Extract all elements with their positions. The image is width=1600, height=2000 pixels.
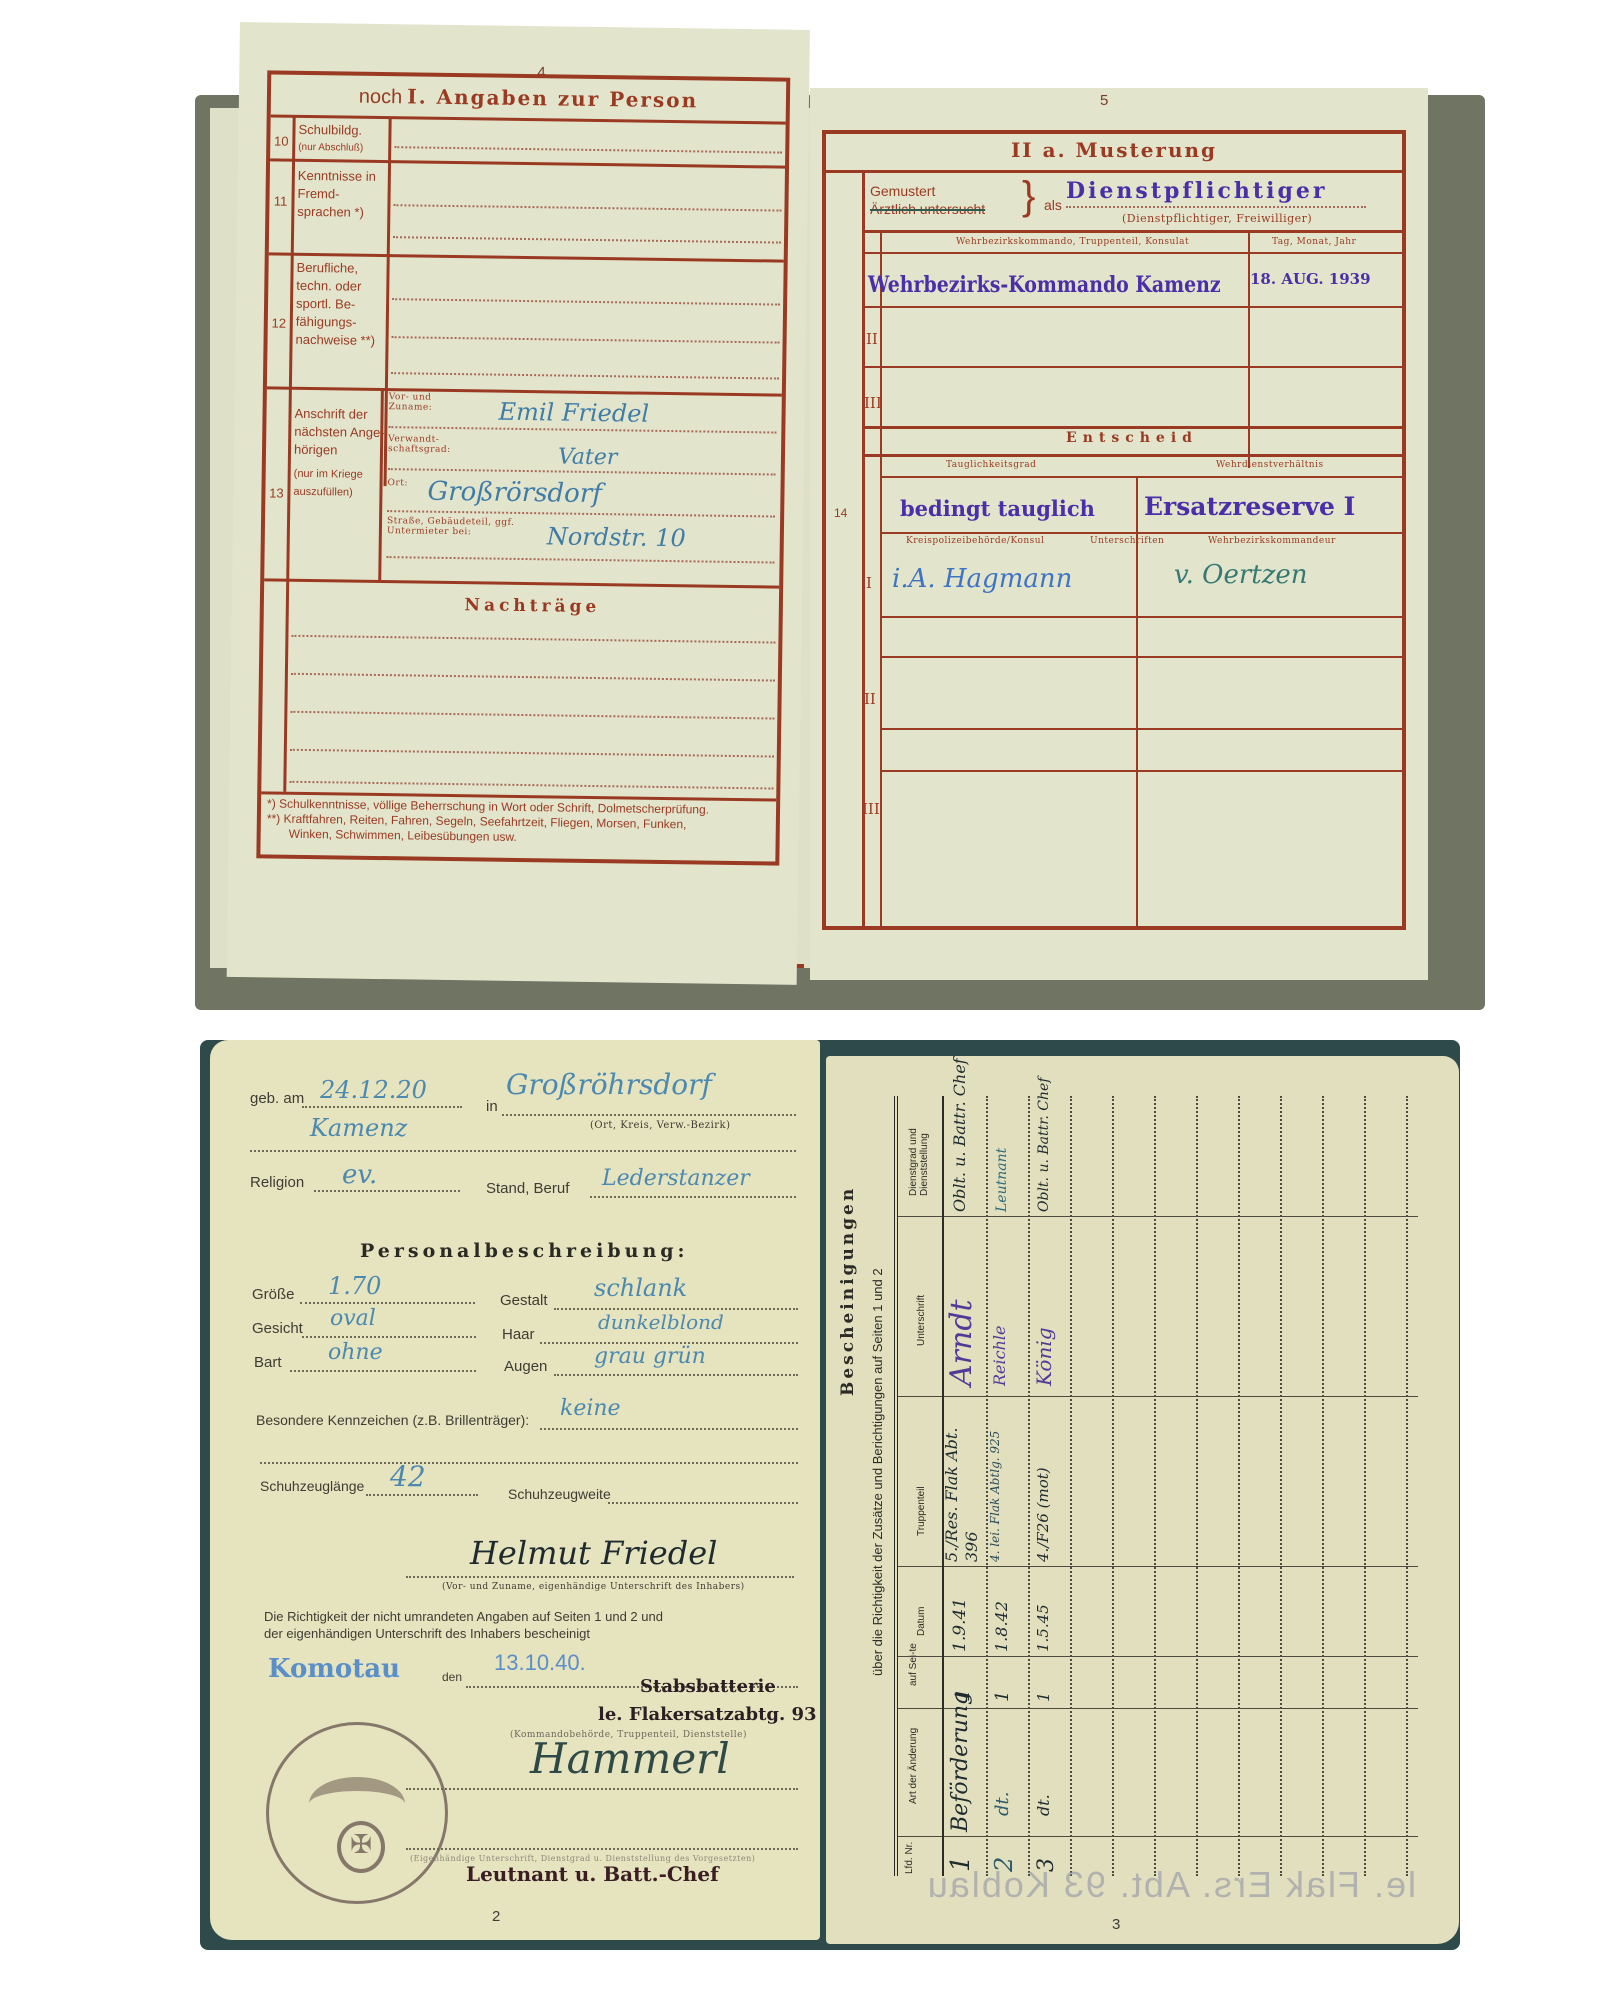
certification-line-2: der eigenhändigen Unterschrift des Inhab… (264, 1625, 804, 1642)
official-seal: ✠ (266, 1722, 448, 1904)
row-1-datum: 1.9.41 (950, 1598, 970, 1652)
roman-numeral: III (864, 394, 882, 412)
row-number: 12 (268, 314, 290, 332)
page-number: 5 (1100, 92, 1108, 109)
besondere-value-text: keine (560, 1396, 621, 1421)
entry-line (291, 673, 775, 682)
certification-text: Die Richtigkeit der nicht umrandeten Ang… (264, 1608, 804, 1642)
row-label: Schulbildg. (nur Abschluß) (298, 121, 388, 158)
row-line (1406, 1096, 1408, 1876)
field-label: Straße, Gebäudeteil, ggf. Untermieter be… (387, 516, 537, 538)
officer-signature: Hammerl (530, 1734, 730, 1783)
certification-line-1: Die Richtigkeit der nicht umrandeten Ang… (264, 1608, 804, 1625)
entry-line (290, 711, 774, 720)
entry-line (502, 1114, 796, 1116)
schuh-laenge-label: Schuhzeuglänge (260, 1478, 364, 1494)
column-header-date: Tag, Monat, Jahr (1272, 237, 1356, 247)
divider (880, 616, 1402, 618)
divider (880, 532, 1402, 534)
page-4: 4 noch I. Angaben zur Person 10 Schulbil… (227, 22, 810, 985)
page-5-frame: II a. Musterung Gemustert Ärztlich unter… (822, 130, 1406, 930)
kin-street-value: Nordstr. 10 (547, 522, 686, 552)
column-header-office: Wehrbezirkskommando, Truppenteil, Konsul… (956, 237, 1189, 247)
entry-line (394, 146, 782, 153)
row-line (1238, 1096, 1240, 1876)
divider (880, 476, 1402, 478)
kin-relation-value: Vater (558, 444, 618, 470)
row-label: Kenntnisse in Fremd-sprachen *) (297, 167, 388, 222)
entry-line (540, 1428, 798, 1430)
row-1-dienstgrad: Oblt. u. Battr. Chef (950, 1058, 969, 1212)
page-3: Bescheinigungen über die Richtigkeit der… (826, 1056, 1459, 1944)
field-label: Verwandt-schaftsgrad: (388, 434, 458, 455)
office-stamp: Wehrbezirks-Kommando Kamenz (868, 272, 1221, 298)
wreath-emblem-icon: ✠ (337, 1821, 385, 1873)
entscheid-title: Entscheid (862, 430, 1402, 446)
column-header: Unterschrift (916, 1295, 927, 1346)
gesicht-label: Gesicht (252, 1320, 303, 1337)
column-header-wehrdienst: Wehrdienstverhältnis (1216, 460, 1324, 470)
row-line (1364, 1096, 1366, 1876)
row-label: Berufliche, techn. oder sportl. Be-fähig… (295, 259, 384, 350)
gestalt-value: schlank (594, 1274, 687, 1302)
entry-line (250, 1150, 796, 1152)
haar-value: dunkelblond (598, 1310, 724, 1334)
row-number: 13 (265, 484, 287, 502)
section-title: II a. Musterung (826, 138, 1402, 162)
entry-line (393, 204, 781, 211)
next-of-kin-fields: Vor- und Zuname: Emil Friedel Verwandt-s… (386, 392, 779, 583)
row-line (1028, 1096, 1030, 1876)
column-header-tauglichkeit: Tauglichkeitsgrad (946, 460, 1036, 470)
divider (880, 728, 1402, 730)
divider (898, 1216, 1418, 1217)
nachtraege-title: Nachträge (286, 593, 779, 620)
faded-unit-stamp: le. Flak Ers. Abt. 93 Koblau (856, 1864, 1416, 1906)
entry-line (314, 1190, 460, 1192)
row-number: 14 (834, 504, 847, 522)
gesicht-value: oval (330, 1306, 376, 1331)
entry-line (291, 635, 775, 644)
roman-numeral: III (862, 800, 880, 818)
signature-kreispolizei: i.A. Hagmann (892, 564, 1072, 594)
row-3-art: dt. (1034, 1794, 1053, 1816)
entry-line (366, 1494, 478, 1496)
entry-line (554, 1374, 798, 1376)
certifications-table: Lfd. Nr. Art der Änderung auf Sei-te Dat… (898, 1096, 1418, 1876)
title-prefix: noch (359, 86, 403, 109)
divider (898, 1566, 1418, 1567)
schuh-weite-label: Schuhzeugweite (508, 1486, 611, 1502)
groesse-label: Größe (252, 1286, 295, 1303)
row-2-unterschrift: Reichle (990, 1326, 1009, 1386)
entry-line (300, 1302, 475, 1304)
roman-numeral: II (866, 330, 878, 348)
signature-kommandeur: v. Oertzen (1174, 560, 1308, 590)
entry-line (392, 336, 780, 343)
certification-date: 13.10.40. (494, 1650, 586, 1676)
date-stamp: 18. AUG. 1939 (1250, 270, 1371, 288)
row-3-seite: 1 (1034, 1692, 1053, 1702)
row-line (1322, 1096, 1324, 1876)
owner-signature: Helmut Friedel (470, 1534, 717, 1572)
entry-line (608, 1502, 798, 1504)
birth-place-value: Großröhrsdorf (506, 1068, 712, 1101)
row-label-text: Schulbildg. (298, 121, 388, 140)
entry-line (393, 236, 781, 243)
unit-stamp-line-2: le. Flakersatzabtg. 93 (598, 1704, 817, 1725)
divider (862, 454, 1402, 457)
personalbeschreibung-title: Personalbeschreibung: (360, 1240, 689, 1262)
besondere-label: Besondere Kennzeichen (z.B. Brillenträge… (256, 1412, 529, 1428)
kin-town-value: Großrörsdorf (427, 477, 602, 509)
row-2-dienstgrad: Leutnant (994, 1148, 1010, 1212)
row-1-art: Beförderung (948, 1691, 973, 1832)
divider (898, 1836, 1418, 1837)
column-header: Truppenteil (916, 1486, 927, 1536)
row-2-art: dt. (992, 1792, 1013, 1816)
row-2-seite: 1 (992, 1691, 1013, 1702)
column-header: Art der Änderung (908, 1728, 919, 1804)
row-1-truppenteil: 5./Res. Flak Abt. 396 (942, 1392, 982, 1562)
entry-line (406, 1848, 798, 1850)
augen-value: grau grün (594, 1344, 706, 1369)
owner-sig-hint: (Vor- und Zuname, eigenhändige Unterschr… (442, 1582, 745, 1592)
entry-line (388, 426, 776, 433)
wehrdienst-stamp: Ersatzreserve I (1144, 492, 1355, 521)
religion-value: ev. (342, 1160, 377, 1190)
schuh-laenge-value: 42 (390, 1460, 426, 1493)
religion-label: Religion (250, 1174, 304, 1191)
roman-numeral: I (866, 574, 872, 592)
entry-line (590, 1196, 796, 1198)
row-2-truppenteil: 4. lei. Flak Abtlg. 925 (988, 1392, 1002, 1562)
als-label: als (1044, 196, 1062, 214)
bescheinigungen-subtitle: über die Richtigkeit der Zusätze und Ber… (870, 1268, 885, 1676)
footnotes: *) Schulkenntnisse, völlige Beherrschung… (267, 796, 773, 848)
gemustert-label: Gemustert (870, 182, 935, 200)
row-2-datum: 1.8.42 (992, 1601, 1011, 1652)
birth-place-hint: (Ort, Kreis, Verw.-Bezirk) (590, 1120, 731, 1131)
row-line (1280, 1096, 1282, 1876)
haar-label: Haar (502, 1326, 535, 1343)
divider (880, 656, 1402, 658)
gestalt-label: Gestalt (500, 1292, 548, 1309)
sig-header-mid: Unterschriften (1090, 536, 1164, 546)
bescheinigungen-title: Bescheinigungen (838, 1186, 858, 1396)
divider (880, 770, 1402, 772)
kin-name-value: Emil Friedel (498, 398, 649, 428)
entry-line (406, 1788, 798, 1790)
divider (862, 426, 1402, 429)
row-number: 10 (270, 132, 292, 150)
row-3-truppenteil: 4./F26 (mot) (1034, 1467, 1052, 1562)
field-label: Ort: (388, 478, 408, 488)
row-3-unterschrift: König (1032, 1327, 1056, 1386)
bart-label: Bart (254, 1354, 282, 1371)
brace: } (1022, 174, 1035, 218)
bart-value: ohne (328, 1340, 383, 1365)
row-sublabel: (nur im Kriege auszufüllen) (293, 465, 385, 502)
row-number: 11 (269, 192, 291, 210)
place-stamp: Komotau (268, 1654, 400, 1684)
row-1-seite: 1 (950, 1689, 974, 1702)
sig-header-1: Kreispolizeibehörde/Konsul (906, 536, 1044, 546)
entry-line (289, 781, 773, 790)
page-number: 2 (492, 1908, 500, 1925)
entry-line (392, 298, 780, 305)
birth-district-value: Kamenz (310, 1114, 407, 1142)
column-header: Datum (916, 1607, 927, 1636)
divider (898, 1656, 1418, 1657)
row-1-unterschrift: Arndt (944, 1299, 979, 1386)
page-4-frame: noch I. Angaben zur Person 10 Schulbildg… (256, 70, 790, 865)
row-line (1070, 1096, 1072, 1876)
row-label-text: Anschrift der nächsten Ange-hörigen (294, 405, 387, 460)
divider (1136, 476, 1138, 616)
row-line (1154, 1096, 1156, 1876)
page-5: 5 II a. Musterung Gemustert Ärztlich unt… (810, 88, 1428, 980)
officer-rank-stamp: Leutnant u. Batt.-Chef (466, 1862, 719, 1886)
birth-date-value: 24.12.20 (320, 1076, 427, 1104)
row-line (1196, 1096, 1198, 1876)
aerztlich-struck-label: Ärztlich untersucht (870, 200, 985, 218)
entry-line (1066, 206, 1366, 208)
unit-stamp-line-1: Stabsbatterie (640, 1676, 776, 1697)
den-label: den (442, 1670, 462, 1684)
tauglichkeit-stamp: bedingt tauglich (900, 496, 1095, 521)
divider (862, 366, 1402, 368)
entry-line (302, 1106, 462, 1108)
roman-numeral: II (864, 690, 876, 708)
divider (898, 1708, 1418, 1709)
stand-beruf-label: Stand, Beruf (486, 1180, 569, 1197)
column-header: Dienstgrad und Dienststellung (908, 1106, 930, 1196)
divider (862, 252, 1402, 254)
row-sublabel: (nur Abschluß) (298, 139, 388, 158)
entry-line (406, 1576, 794, 1578)
entry-line (387, 556, 775, 563)
page-2: geb. am 24.12.20 in Großröhrsdorf (Ort, … (210, 1040, 820, 1940)
row-3-datum: 1.5.45 (1034, 1604, 1052, 1652)
augen-label: Augen (504, 1358, 547, 1375)
entry-line (290, 1370, 476, 1372)
row-3-dienstgrad: Oblt. u. Battr. Chef (1036, 1078, 1052, 1213)
sig-header-2: Wehrbezirkskommandeur (1208, 536, 1336, 546)
entry-line (302, 1336, 476, 1338)
entry-line (391, 372, 779, 379)
entry-line (290, 749, 774, 758)
section-title: I. Angaben zur Person (407, 84, 698, 112)
row-label: Anschrift der nächsten Ange-hörigen (nur… (293, 405, 386, 502)
status-hint: (Dienstpflichtiger, Freiwilliger) (1122, 212, 1312, 225)
stand-beruf-value: Lederstanzer (602, 1166, 750, 1191)
divider (826, 170, 1402, 173)
geb-am-label: geb. am (250, 1090, 304, 1107)
divider (862, 306, 1402, 308)
entry-line (260, 1462, 798, 1464)
status-stamp: Dienstpflichtiger (1066, 178, 1327, 204)
field-label: Vor- und Zuname: (389, 392, 459, 413)
divider (862, 230, 1402, 233)
divider (880, 456, 882, 926)
row-line (1112, 1096, 1114, 1876)
groesse-value: 1.70 (328, 1272, 381, 1300)
page-number: 3 (1112, 1916, 1120, 1933)
in-label: in (486, 1098, 498, 1115)
